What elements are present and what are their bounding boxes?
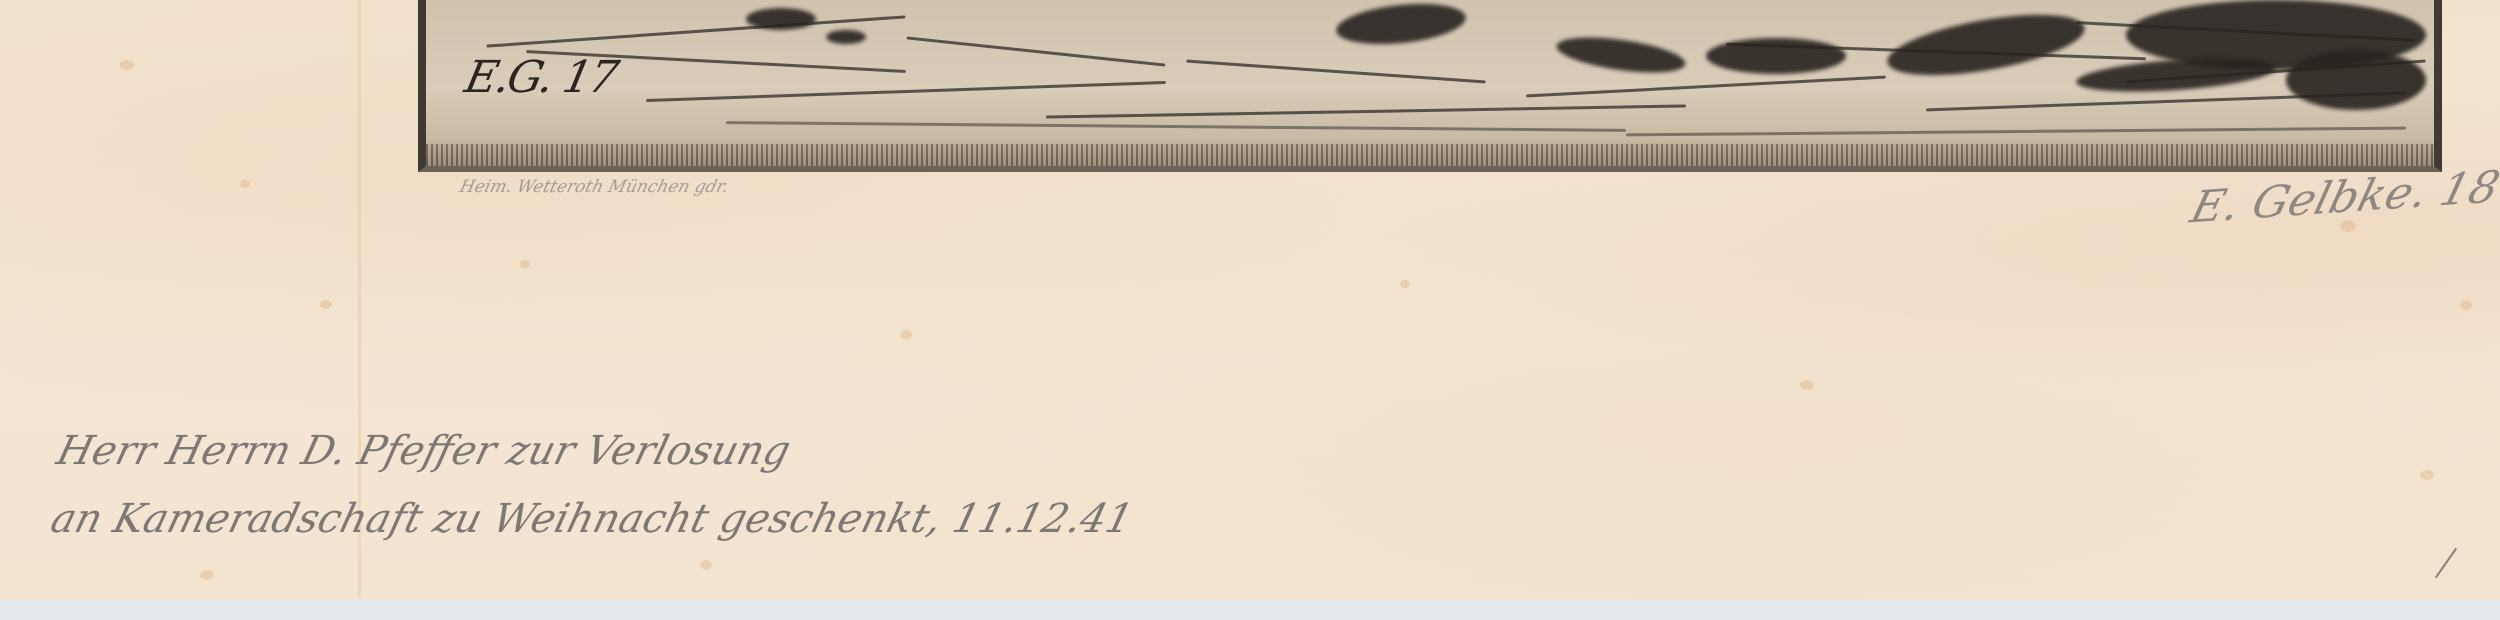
foxing-spot xyxy=(900,330,912,340)
etched-hatch-line xyxy=(646,81,1166,102)
dedication-line-1: Herr Herrn D. Pfeffer zur Verlosung xyxy=(52,428,795,474)
etched-hatch-line xyxy=(726,121,1626,132)
pencil-edge-mark xyxy=(2435,548,2457,579)
etching-plate: E.G. 17 xyxy=(418,0,2442,172)
foxing-spot xyxy=(700,560,712,570)
etched-hatch-line xyxy=(1626,127,2406,137)
etched-dark-mass xyxy=(1334,0,1467,50)
etched-dark-mass xyxy=(1706,38,1846,74)
etched-dark-mass xyxy=(2075,53,2277,97)
etched-hatch-line xyxy=(1526,76,1886,98)
foxing-spot xyxy=(1800,380,1814,390)
paper-sheet: E.G. 17 Heim. Wetteroth München gdr. E. … xyxy=(0,0,2500,600)
foxing-spot xyxy=(320,300,332,309)
etched-dark-mass xyxy=(1883,3,2089,87)
etched-dark-mass xyxy=(1555,31,1688,79)
foxing-spot xyxy=(2420,470,2434,480)
foxing-spot xyxy=(120,60,134,70)
foxing-spot xyxy=(240,180,250,188)
foxing-spot xyxy=(2460,300,2472,310)
plate-monogram: E.G. 17 xyxy=(461,52,621,103)
foxing-spot xyxy=(1400,280,1410,288)
etched-dark-mass xyxy=(746,8,816,30)
etched-hatch-line xyxy=(1046,104,1686,118)
etched-hatch-line xyxy=(907,36,1166,66)
foxing-spot xyxy=(200,570,214,580)
plate-bottom-edge xyxy=(426,144,2434,166)
etched-hatch-line xyxy=(1186,60,1485,84)
artist-signature: E. Gelbke. 18 xyxy=(2185,162,2500,234)
dedication-line-2: an Kameradschaft zu Weihnacht geschenkt,… xyxy=(46,496,1137,542)
printer-note: Heim. Wetteroth München gdr. xyxy=(458,177,731,197)
background-strip xyxy=(0,598,2500,620)
etched-dark-mass xyxy=(2286,50,2426,110)
etched-dark-mass xyxy=(826,30,866,44)
foxing-spot xyxy=(520,260,530,268)
